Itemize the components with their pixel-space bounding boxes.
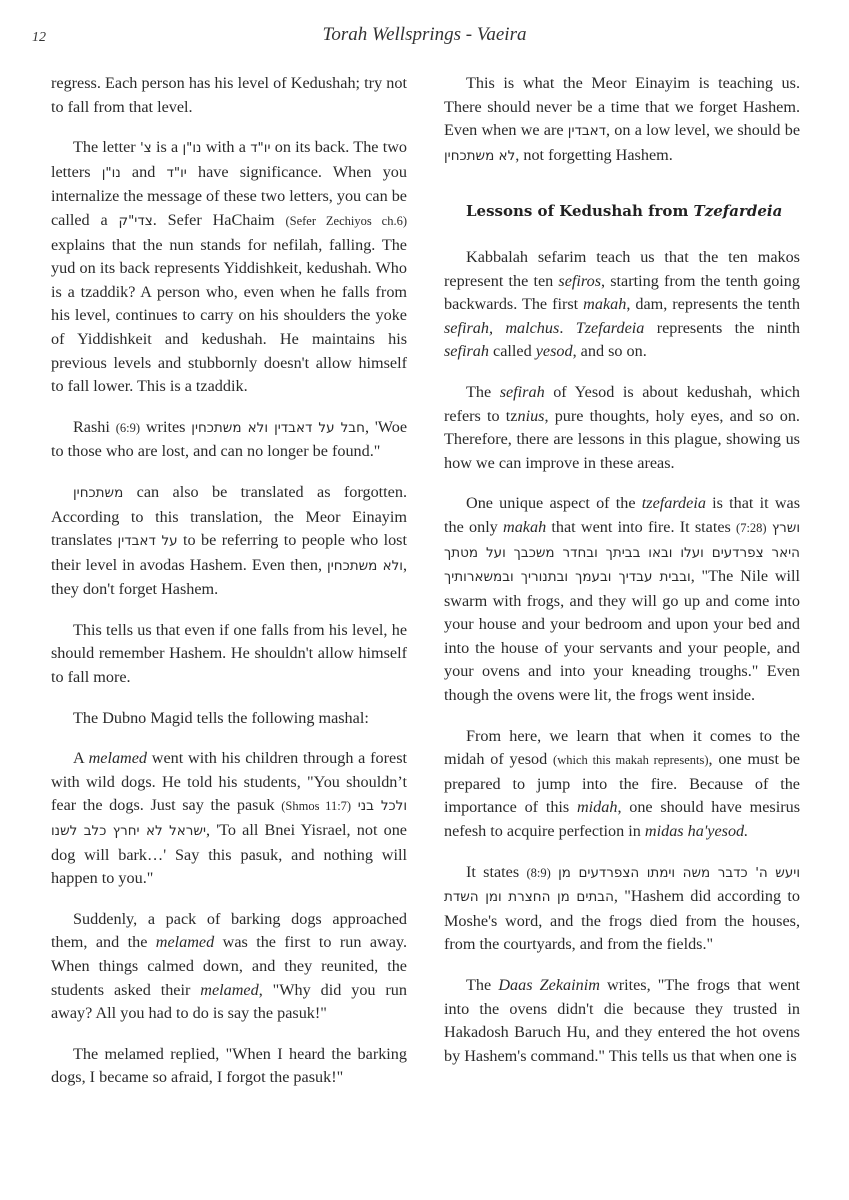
paragraph: The letter צ' is a נו"ן with a יו"ד on i… — [51, 136, 407, 399]
paragraph: משתכחין can also be translated as forgot… — [51, 481, 407, 602]
paragraph: This is what the Meor Einayim is teachin… — [444, 72, 800, 168]
citation: (8:9) — [526, 866, 550, 880]
paragraph: The Daas Zekainim writes, "The frogs tha… — [444, 974, 800, 1068]
paragraph: A melamed went with his children through… — [51, 747, 407, 891]
paragraph: The sefirah of Yesod is about kedushah, … — [444, 381, 800, 475]
section-heading: Lessons of Kedushah from Tzefardeia — [466, 200, 800, 224]
citation: (Shmos 11:7) — [281, 799, 351, 813]
right-column: This is what the Meor Einayim is teachin… — [444, 72, 800, 1085]
citation: (7:28) — [736, 521, 767, 535]
paragraph: From here, we learn that when it comes t… — [444, 725, 800, 844]
paragraph: It states (8:9) ויעש ה' כדבר משה וימתו ה… — [444, 861, 800, 957]
citation: (Sefer Zechiyos ch.6) — [285, 214, 407, 228]
left-column: regress. Each person has his level of Ke… — [51, 72, 407, 1107]
paragraph: Suddenly, a pack of barking dogs approac… — [51, 908, 407, 1026]
paragraph: Kabbalah sefarim teach us that the ten m… — [444, 246, 800, 364]
running-head-title: Torah Wellsprings - Vaeira — [0, 24, 849, 46]
paragraph: This tells us that even if one falls fro… — [51, 619, 407, 690]
citation: (which this makah represents) — [553, 753, 708, 767]
paragraph: Rashi (6:9) writes חבל על דאבדין ולא משת… — [51, 416, 407, 464]
paragraph: regress. Each person has his level of Ke… — [51, 72, 407, 119]
paragraph: One unique aspect of the tzefardeia is t… — [444, 492, 800, 707]
paragraph: The melamed replied, "When I heard the b… — [51, 1043, 407, 1090]
paragraph: The Dubno Magid tells the following mash… — [51, 707, 407, 731]
citation: (6:9) — [116, 421, 140, 435]
